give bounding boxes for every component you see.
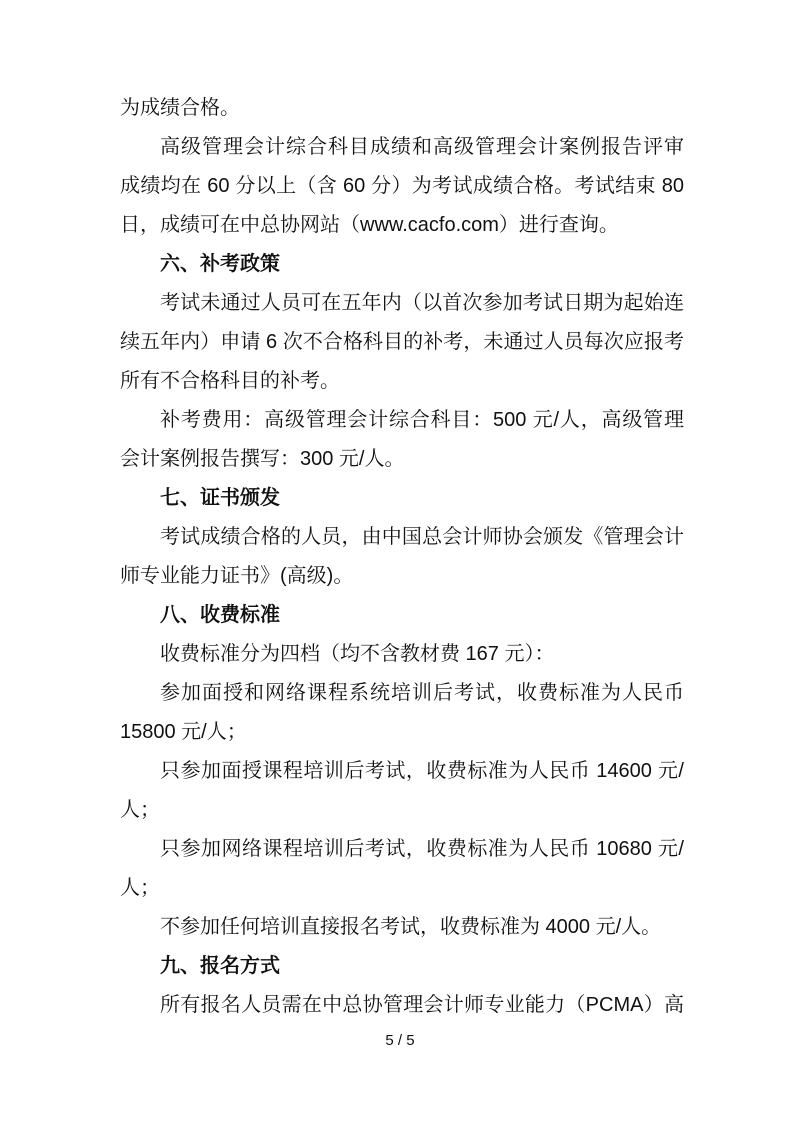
section-heading: 七、证书颁发 <box>120 479 684 518</box>
document-page: 为成绩合格。高级管理会计综合科目成绩和高级管理会计案例报告评审成绩均在 60 分… <box>0 0 800 1130</box>
document-line: 只参加面授课程培训后考试，收费标准为人民币 14600 元/ <box>120 752 684 791</box>
document-line: 师专业能力证书》(高级)。 <box>120 557 684 596</box>
paragraph: 高级管理会计综合科目成绩和高级管理会计案例报告评审成绩均在 60 分以上（含 6… <box>120 128 684 245</box>
paragraph: 考试未通过人员可在五年内（以首次参加考试日期为起始连续五年内）申请 6 次不合格… <box>120 284 684 401</box>
document-line: 所有不合格科目的补考。 <box>120 362 684 401</box>
document-line: 七、证书颁发 <box>120 479 684 518</box>
document-line: 参加面授和网络课程系统培训后考试，收费标准为人民币 <box>120 674 684 713</box>
paragraph: 为成绩合格。 <box>120 89 684 128</box>
document-line: 人； <box>120 869 684 908</box>
document-line: 考试成绩合格的人员，由中国总会计师协会颁发《管理会计 <box>120 518 684 557</box>
document-line: 人； <box>120 791 684 830</box>
document-line: 会计案例报告撰写：300 元/人。 <box>120 440 684 479</box>
section-heading: 九、报名方式 <box>120 947 684 986</box>
paragraph: 考试成绩合格的人员，由中国总会计师协会颁发《管理会计师专业能力证书》(高级)。 <box>120 518 684 596</box>
document-line: 九、报名方式 <box>120 947 684 986</box>
document-line: 成绩均在 60 分以上（含 60 分）为考试成绩合格。考试结束 80 <box>120 167 684 206</box>
document-line: 高级管理会计综合科目成绩和高级管理会计案例报告评审 <box>120 128 684 167</box>
document-line: 不参加任何培训直接报名考试，收费标准为 4000 元/人。 <box>120 908 684 947</box>
paragraph: 参加面授和网络课程系统培训后考试，收费标准为人民币15800 元/人； <box>120 674 684 752</box>
page-number: 5 / 5 <box>0 1031 800 1051</box>
document-line: 八、收费标准 <box>120 596 684 635</box>
section-heading: 六、补考政策 <box>120 245 684 284</box>
paragraph: 所有报名人员需在中总协管理会计师专业能力（PCMA）高 <box>120 986 684 1025</box>
document-line: 续五年内）申请 6 次不合格科目的补考，未通过人员每次应报考 <box>120 323 684 362</box>
paragraph: 只参加面授课程培训后考试，收费标准为人民币 14600 元/人； <box>120 752 684 830</box>
document-line: 为成绩合格。 <box>120 89 684 128</box>
paragraph: 不参加任何培训直接报名考试，收费标准为 4000 元/人。 <box>120 908 684 947</box>
document-content: 为成绩合格。高级管理会计综合科目成绩和高级管理会计案例报告评审成绩均在 60 分… <box>120 89 684 1025</box>
document-line: 收费标准分为四档（均不含教材费 167 元）： <box>120 635 684 674</box>
document-line: 六、补考政策 <box>120 245 684 284</box>
document-line: 15800 元/人； <box>120 713 684 752</box>
document-line: 补考费用：高级管理会计综合科目：500 元/人，高级管理 <box>120 401 684 440</box>
document-line: 日，成绩可在中总协网站（www.cacfo.com）进行查询。 <box>120 206 684 245</box>
paragraph: 补考费用：高级管理会计综合科目：500 元/人，高级管理会计案例报告撰写：300… <box>120 401 684 479</box>
paragraph: 只参加网络课程培训后考试，收费标准为人民币 10680 元/人； <box>120 830 684 908</box>
document-line: 所有报名人员需在中总协管理会计师专业能力（PCMA）高 <box>120 986 684 1025</box>
paragraph: 收费标准分为四档（均不含教材费 167 元）： <box>120 635 684 674</box>
document-line: 只参加网络课程培训后考试，收费标准为人民币 10680 元/ <box>120 830 684 869</box>
document-line: 考试未通过人员可在五年内（以首次参加考试日期为起始连 <box>120 284 684 323</box>
section-heading: 八、收费标准 <box>120 596 684 635</box>
